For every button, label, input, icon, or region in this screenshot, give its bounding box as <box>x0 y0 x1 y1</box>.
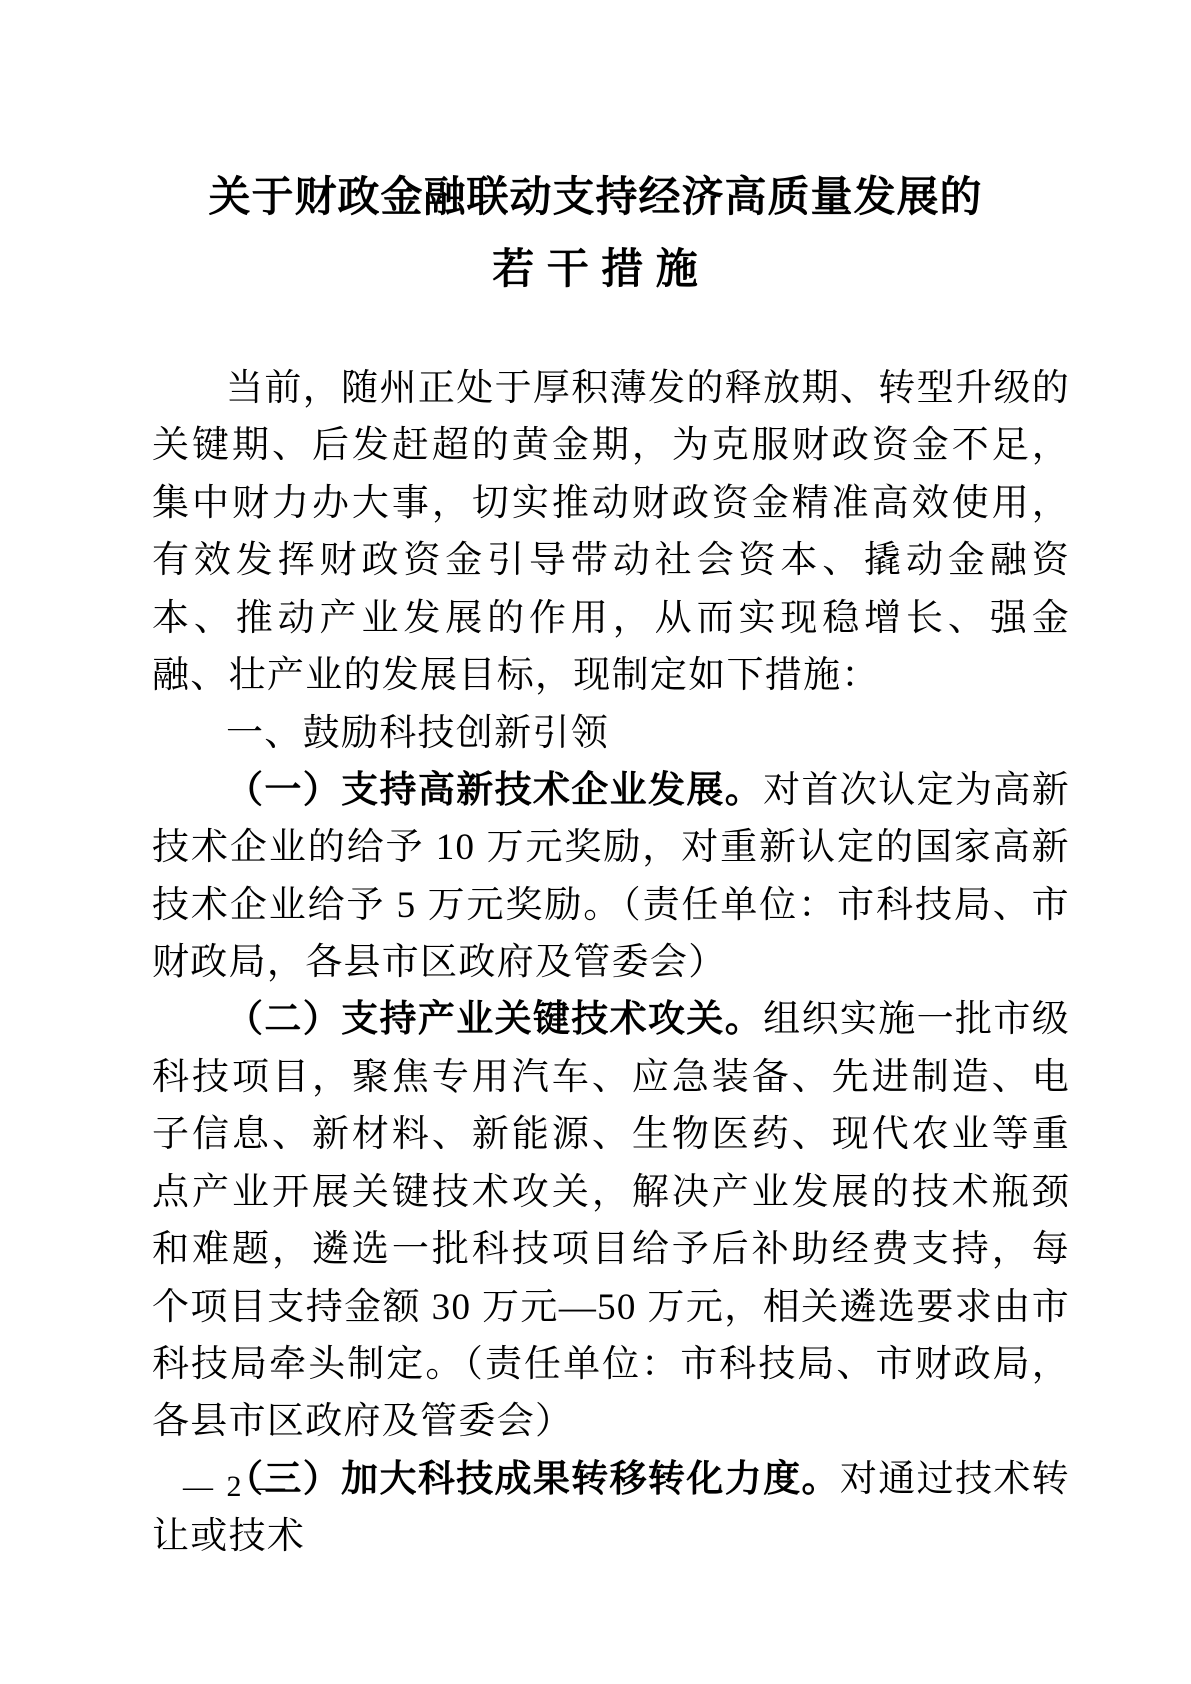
measure-paragraph-2: （二）支持产业关键技术攻关。组织实施一批市级科技项目，聚焦专用汽车、应急装备、先… <box>152 991 1070 1450</box>
text-segment-lead: （一）支持高新技术企业发展。 <box>226 770 763 811</box>
intro-paragraph: 当前，随州正处于厚积薄发的释放期、转型升级的关键期、后发赶超的黄金期，为克服财政… <box>152 360 1070 704</box>
page-number: — 2 — <box>183 1470 288 1504</box>
title-line-1: 关于财政金融联动支持经济高质量发展的 <box>0 162 1191 234</box>
document-title: 关于财政金融联动支持经济高质量发展的 若 干 措 施 <box>0 162 1191 306</box>
measure-paragraph-1: （一）支持高新技术企业发展。对首次认定为高新技术企业的给予 10 万元奖励，对重… <box>152 762 1070 992</box>
title-line-2: 若 干 措 施 <box>0 234 1191 306</box>
section-heading-1: 一、鼓励科技创新引领 <box>152 704 1070 761</box>
measure-paragraph-3: （三）加大科技成果转移转化力度。对通过技术转让或技术 <box>152 1451 1070 1566</box>
document-body: 当前，随州正处于厚积薄发的释放期、转型升级的关键期、后发赶超的黄金期，为克服财政… <box>152 360 1070 1566</box>
text-segment-lead: （三）加大科技成果转移转化力度。 <box>226 1459 840 1500</box>
document-page: 关于财政金融联动支持经济高质量发展的 若 干 措 施 当前，随州正处于厚积薄发的… <box>0 0 1191 1684</box>
text-segment-lead: （二）支持产业关键技术攻关。 <box>226 999 763 1040</box>
text-segment-normal: 组织实施一批市级科技项目，聚焦专用汽车、应急装备、先进制造、电子信息、新材料、新… <box>152 999 1070 1384</box>
text-segment-normal: 当前，随州正处于厚积薄发的释放期、转型升级的关键期、后发赶超的黄金期，为克服财政… <box>152 368 1070 696</box>
text-segment-normal: 一、鼓励科技创新引领 <box>226 712 609 753</box>
